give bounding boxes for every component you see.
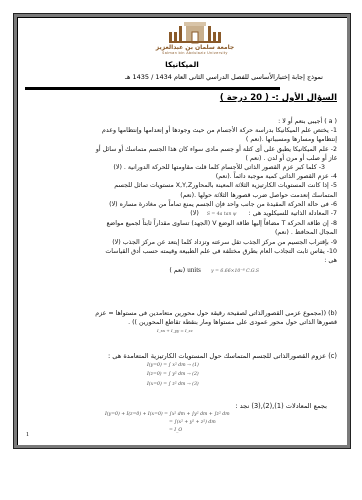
header-divider <box>25 87 280 90</box>
item-7-answer: (لا) <box>190 210 199 217</box>
question-heading: السؤال الأول :- ( 20 درجة ) <box>220 93 337 103</box>
item-10-line-2: هى : <box>31 256 337 265</box>
page-number: 1 <box>26 432 29 438</box>
units-label: units <box>187 266 201 274</box>
part-b-line-1: (b) ((مجموع عزمى القصورالذاتى لصفيحة رقي… <box>31 309 337 318</box>
item-1-line-1: 1- يختص علم الميكانيكا بدراسة حركة الأجس… <box>31 126 337 135</box>
item-3: 3- كلما كبر عزم القصور الذاتى للأجسام كل… <box>31 163 337 172</box>
item-6: 6- فى حالة الحركة المقيدة من جانب واحد ف… <box>31 200 337 209</box>
item-10-answer: (نعم ) <box>169 267 185 274</box>
logo-name-english: Salman bin Abdulaziz University <box>145 51 245 55</box>
part-c-equations: I(y=0) = ∫ x² dm → (1) I(z=0) = ∫ y² dm … <box>147 361 199 389</box>
logo-name-arabic: جامعة سلمان بن عبدالعزيز <box>145 44 245 51</box>
subject-title: الميكانيكا <box>17 60 347 69</box>
item-7-text: 7- المعادلة الذاتية للسيكلويد هى : <box>249 210 338 217</box>
item-1-line-2: إنتظامها ومسارها ومسبباتها .(نعم ) <box>31 135 337 144</box>
document-page: جامعة سلمان بن عبدالعزيز Salman bin Abdu… <box>14 14 350 448</box>
item-8-line-2: المجال المحافظ . (نعم) <box>31 228 337 237</box>
cycloid-formula: S = 4a tan ψ <box>207 212 237 217</box>
part-a: ( a ) أجيبى بنعم أو لا : 1- يختص علم الم… <box>31 117 337 277</box>
equation-3: I(x=0) = ∫ z² dm → (3) <box>147 380 199 389</box>
sum-label: بجمع المعادلات (1),(2),(3) نجد : <box>235 402 327 411</box>
gravitational-constant-formula: γ = 6.66×10⁻⁸ C.G.S <box>211 269 259 274</box>
university-logo-icon <box>167 20 223 44</box>
item-2-line-1: 2- علم الميكانيكا يطبق على أى كتلة أو جس… <box>31 145 337 154</box>
part-a-prompt: ( a ) أجيبى بنعم أو لا : <box>31 117 337 126</box>
perpendicular-axis-formula: I_xx + I_yy = I_zz <box>157 326 193 335</box>
item-7: 7- المعادلة الذاتية للسيكلويد هى : S = 4… <box>31 209 337 219</box>
exam-title: نموذج إجابة إختبارالأساسى للفصل الدراسي … <box>55 73 323 81</box>
item-5-line-2: المتماسك إنعدمت حواصل ضرب قصورها الثلاثة… <box>31 191 337 200</box>
item-8-line-1: 8- إن طاقة الحركة T مضافاً إليها طاقة ال… <box>31 219 337 228</box>
item-4: 4- عزم القصور الذاتى كمية موجبة دائماً .… <box>31 172 337 181</box>
sum-equation-3: = I_O <box>169 426 182 435</box>
item-5-line-1: 5- إذا كانت المستويات الكارتيزية الثلاثة… <box>31 181 337 190</box>
item-10-line-1: 10- يقاس ثابت التجاذب العام بطرق مختلفة … <box>31 247 337 256</box>
part-b: (b) ((مجموع عزمى القصورالذاتى لصفيحة رقي… <box>31 309 337 327</box>
equation-2: I(z=0) = ∫ y² dm → (2) <box>147 370 199 379</box>
item-10-formula-row: units γ = 6.66×10⁻⁸ C.G.S (نعم ) <box>31 265 337 277</box>
university-logo: جامعة سلمان بن عبدالعزيز Salman bin Abdu… <box>145 20 245 58</box>
item-2-line-2: غاز أو صلب أو مرن أو لدن . (نعم ) <box>31 154 337 163</box>
equation-1: I(y=0) = ∫ x² dm → (1) <box>147 361 199 370</box>
part-c-prompt: (c) عزوم القصورالذاتى للجسم المتماسك حول… <box>37 352 337 361</box>
item-9: 9- بإقتراب الجسيم من مركز الجذب تقل سرعت… <box>31 238 337 247</box>
